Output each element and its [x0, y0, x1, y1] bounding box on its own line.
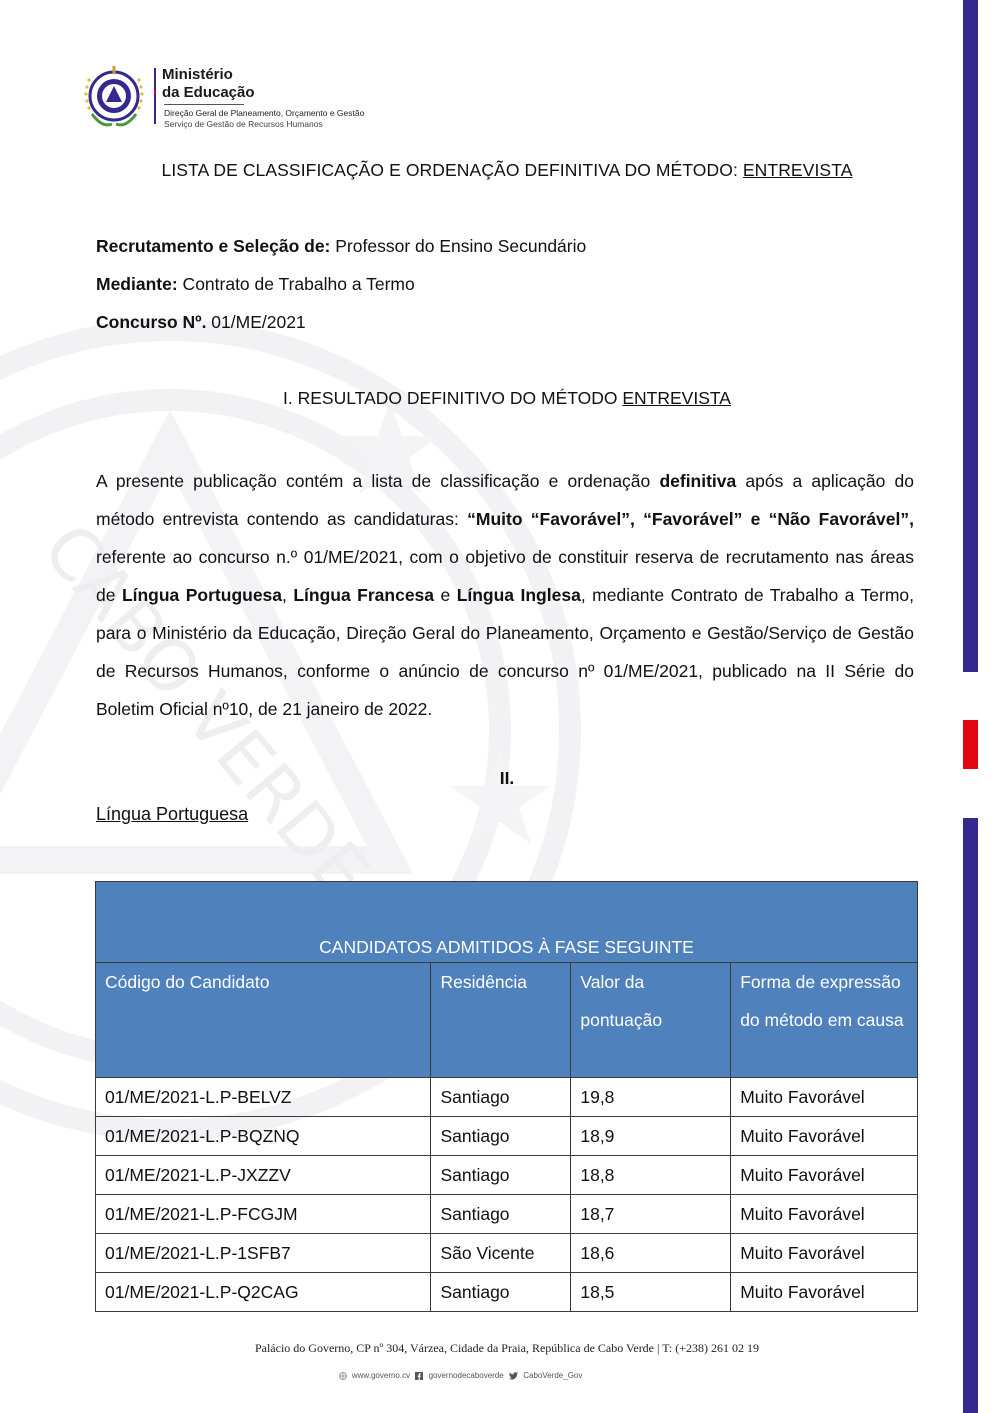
- table-row: 01/ME/2021-L.P-1SFB7São Vicente18,6Muito…: [96, 1234, 918, 1273]
- table-row: 01/ME/2021-L.P-FCGJMSantiago18,7Muito Fa…: [96, 1195, 918, 1234]
- document-title: LISTA DE CLASSIFICAÇÃO E ORDENAÇÃO DEFIN…: [0, 160, 1000, 181]
- logo-title: Ministério da Educação: [162, 66, 255, 102]
- ministry-logo: Ministério da Educação Direção Geral de …: [80, 64, 380, 134]
- facebook-link[interactable]: governodecaboverde: [429, 1371, 504, 1380]
- candidates-table: CANDIDATOS ADMITIDOS À FASE SEGUINTE Cód…: [95, 881, 918, 1312]
- table-row: 01/ME/2021-L.P-BELVZSantiago19,8Muito Fa…: [96, 1078, 918, 1117]
- title-method: ENTREVISTA: [743, 160, 853, 180]
- logo-subtitle-service: Serviço de Gestão de Recursos Humanos: [164, 119, 323, 129]
- column-header-residence: Residência: [431, 963, 571, 1078]
- contest-line: Concurso Nº. 01/ME/2021: [96, 312, 306, 333]
- footer-address: Palácio do Governo, CP nº 304, Várzea, C…: [0, 1341, 1000, 1356]
- column-header-score: Valor da pontuação: [571, 963, 731, 1078]
- table-row: 01/ME/2021-L.P-BQZNQSantiago18,9Muito Fa…: [96, 1117, 918, 1156]
- section-2-title: II.: [0, 768, 1000, 789]
- website-link[interactable]: www.governo.cv: [352, 1371, 410, 1380]
- column-header-expression: Forma de expressão do método em causa: [731, 963, 918, 1078]
- twitter-link[interactable]: CaboVerde_Gov: [523, 1371, 582, 1380]
- recruitment-line: Recrutamento e Seleção de: Professor do …: [96, 236, 586, 257]
- side-bar-red: [963, 720, 978, 769]
- table-row: 01/ME/2021-L.P-Q2CAGSantiago18,5Muito Fa…: [96, 1273, 918, 1312]
- table-caption: CANDIDATOS ADMITIDOS À FASE SEGUINTE: [96, 882, 918, 963]
- cabo-verde-seal-icon: [80, 64, 148, 132]
- side-bar-blue-bottom: [963, 818, 978, 1413]
- logo-subtitle-directorate: Direção Geral de Planeamento, Orçamento …: [164, 108, 364, 118]
- globe-icon: [339, 1372, 347, 1380]
- table-row: 01/ME/2021-L.P-JXZZVSantiago18,8Muito Fa…: [96, 1156, 918, 1195]
- section-1-title: I. RESULTADO DEFINITIVO DO MÉTODO ENTREV…: [0, 388, 1000, 409]
- subsection-title: Língua Portuguesa: [96, 804, 248, 825]
- logo-rule: [164, 104, 244, 105]
- twitter-icon: [509, 1372, 518, 1380]
- logo-divider: [154, 68, 156, 124]
- column-header-code: Código do Candidato: [96, 963, 431, 1078]
- intro-paragraph: A presente publicação contém a lista de …: [96, 462, 914, 728]
- facebook-icon: [415, 1372, 423, 1380]
- side-bar-blue-top: [963, 0, 978, 672]
- footer-links: www.governo.cv governodecaboverde CaboVe…: [0, 1371, 924, 1380]
- contract-line: Mediante: Contrato de Trabalho a Termo: [96, 274, 415, 295]
